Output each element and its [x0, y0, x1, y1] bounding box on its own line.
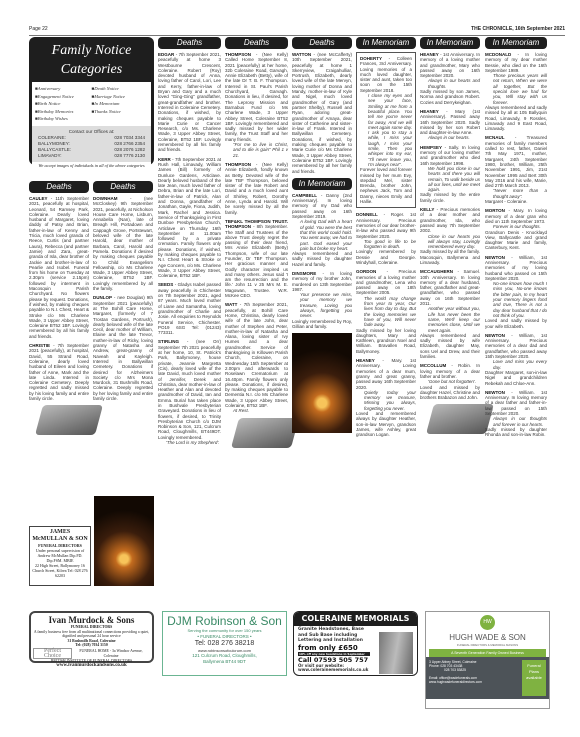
notice: SEEDS - Gladys Isabel passed away peacef…: [158, 282, 221, 335]
perfect-choice-logo: Perfect Choice: [33, 648, 72, 659]
memoriam-column-8: In Memoriam MCDONALD - In loving memory …: [485, 37, 547, 441]
notice: MCNAUL - Treasured memories of family me…: [485, 135, 547, 204]
bible-icon: [231, 418, 299, 448]
notice: DINSMORE - In loving memory of my brothe…: [292, 271, 352, 329]
ivan-murdock-ad: Ivan Murdock & Sons FUNERAL DIRECTORS A …: [29, 611, 154, 663]
office-row: LIMAVADY:028 7776 2130: [38, 153, 145, 159]
category-list: Anniversary Death Notice Engagement Noti…: [32, 82, 151, 126]
category-item: Birthday Wishes: [35, 115, 92, 123]
notice: DUNLOP - nee Douglas) 9th September 2021…: [93, 295, 153, 401]
memoriam-heading: In Memoriam: [420, 37, 480, 49]
category-item: Birthday Memories: [35, 108, 92, 116]
memoriam-column-7: In Memoriam HEANEY - 1st Anniversary. In…: [420, 37, 480, 438]
mcmullan-ad: JAMES McMULLAN & SON FUNERAL DIRECTORS U…: [29, 526, 91, 586]
deaths-column-2: Deaths DOWNHAM - (nee McCloskey) 9th Sep…: [93, 181, 153, 405]
notice: THOMPSON - (Nee Kelly) Called Home Septe…: [225, 52, 288, 158]
contact-offices: Contact our Offices at: COLERAINE:028 70…: [32, 126, 151, 162]
murdock-website: www.ivanmurdockandsons.co.uk: [33, 664, 150, 669]
notice: NEWTON - William, 1st Anniversary. Preci…: [485, 333, 547, 386]
headstone-image: [379, 632, 413, 674]
notice: WATTON - (nee McCafferty) 10th September…: [292, 52, 352, 174]
memoriam-column-6: In Memoriam DOHERTY - Colleen Frances, 3…: [356, 37, 416, 441]
notice: CAULEY - 11th September 2021, peacefully…: [29, 196, 89, 339]
notice: KERR - 7th September 2021 at Rush Hall, …: [158, 157, 221, 279]
categories-title-2: Categories: [32, 62, 151, 78]
notice: WATT - 7th September 2021, peacefully, a…: [225, 302, 288, 413]
deaths-heading: Deaths: [225, 37, 288, 49]
notice: MORTON - Mary. In loving memory of a dea…: [485, 208, 547, 250]
deaths-heading: Deaths: [292, 37, 352, 49]
category-item: Death Notice: [92, 85, 149, 93]
notice: EDGAR - 7th September 2021, peacefully a…: [158, 52, 221, 153]
notice: NEWTON - William, 1st Anniversary. Preci…: [485, 255, 547, 329]
category-item: Anniversary: [35, 85, 92, 93]
notice: MCDONALD - In loving memory of my dear m…: [485, 52, 547, 131]
category-item: Marriage Notice: [92, 93, 149, 101]
bible-icon: [35, 405, 103, 435]
hw-logo: HW: [480, 615, 495, 630]
category-item: Thanks Notice: [92, 108, 149, 116]
bible-icon: [426, 404, 494, 434]
deaths-memoriam-column-5: Deaths WATTON - (nee McCafferty) 10th Se…: [292, 37, 352, 433]
category-item: Birth Notice: [35, 100, 92, 108]
funeral-plans-badge: Funeral Plans available: [522, 660, 546, 696]
notice-boxed: DOHERTY - Colleen Frances, 3rd Anniversa…: [356, 52, 416, 208]
hugh-wade-ad: HW HUGH WADE & SON FUNERAL DIRECTORS & M…: [425, 611, 550, 709]
deaths-heading: Deaths: [93, 181, 153, 193]
notice: DOWNHAM - (nee McCloskey) 9th September …: [93, 196, 153, 291]
family-notice-categories: Family Notice Categories Anniversary Dea…: [29, 37, 154, 165]
notice: THOMPSON - (Nee Kelly) Annie Elizabeth, …: [225, 162, 288, 215]
notice: KELLY - Precious memories of a dear moth…: [420, 207, 480, 265]
notice: GORDON - Precious memories of a loving m…: [356, 269, 416, 354]
notice: HEANEY - Mary (1st Anniversary). Passed …: [420, 109, 480, 141]
deaths-heading: Deaths: [158, 37, 221, 49]
notice: HEANEY - Mary. 1st Anniversary. Loving m…: [356, 358, 416, 437]
notice: TBF&KL THOMPSON TRUST. THOMPSON - 8th Se…: [225, 219, 288, 298]
notice: STIRLING - (nee Orr) September 7th 2021 …: [158, 339, 221, 445]
notice: HEANEY - 1st Anniversary. In memory of a…: [420, 52, 480, 105]
coleraine-memorials-ad: COLERAINE MEMORIALS Granite Headstones, …: [293, 611, 418, 676]
deaths-column-3: Deaths EDGAR - 7th September 2021, peace…: [158, 37, 221, 449]
notice: CAMPBELL - Danny (2nd Anniversary). In l…: [292, 193, 352, 267]
notice: CHRISTIE - 7th September 2021 (peacefull…: [29, 343, 89, 401]
notice: NEWTON - William. 1st Anniversary. In lo…: [485, 390, 547, 438]
candle-image: [94, 496, 154, 586]
memoriam-heading: In Memoriam: [485, 37, 547, 49]
paper-title: THE CHRONICLE, 16th September 2021: [471, 26, 565, 35]
notice: HEMPSEY - Sally. In loving memory of our…: [420, 145, 480, 203]
deaths-heading: Deaths: [29, 181, 89, 193]
page-header: Page 22 THE CHRONICLE, 16th September 20…: [29, 26, 565, 36]
category-item: In Memoriam: [92, 100, 149, 108]
category-item: Engagement Notice: [35, 93, 92, 101]
notice: MCCAUGHERN - Samuel. 10th Anniversary. I…: [420, 269, 480, 359]
notice: MCCOLLUM - Robin. In loving memory of a …: [420, 363, 480, 400]
deaths-column-1: Deaths CAULEY - 11th September 2021, pea…: [29, 181, 89, 439]
candle-image: [292, 333, 352, 433]
accept-note: We accept images of individuals in all o…: [32, 162, 151, 170]
deaths-column-4: Deaths THOMPSON - (Nee Kelly) Called Hom…: [225, 37, 288, 452]
page-number: Page 22: [29, 26, 48, 35]
memoriam-heading: In Memoriam: [356, 37, 416, 49]
djm-robinson-ad: DJM Robinson & Son Serving the community…: [162, 611, 287, 676]
memoriam-heading: In Memoriam: [292, 178, 352, 190]
categories-title-1: Family Notice: [32, 43, 151, 59]
notice: DONNELL - Roger. 1st Anniversary. Precio…: [356, 212, 416, 265]
